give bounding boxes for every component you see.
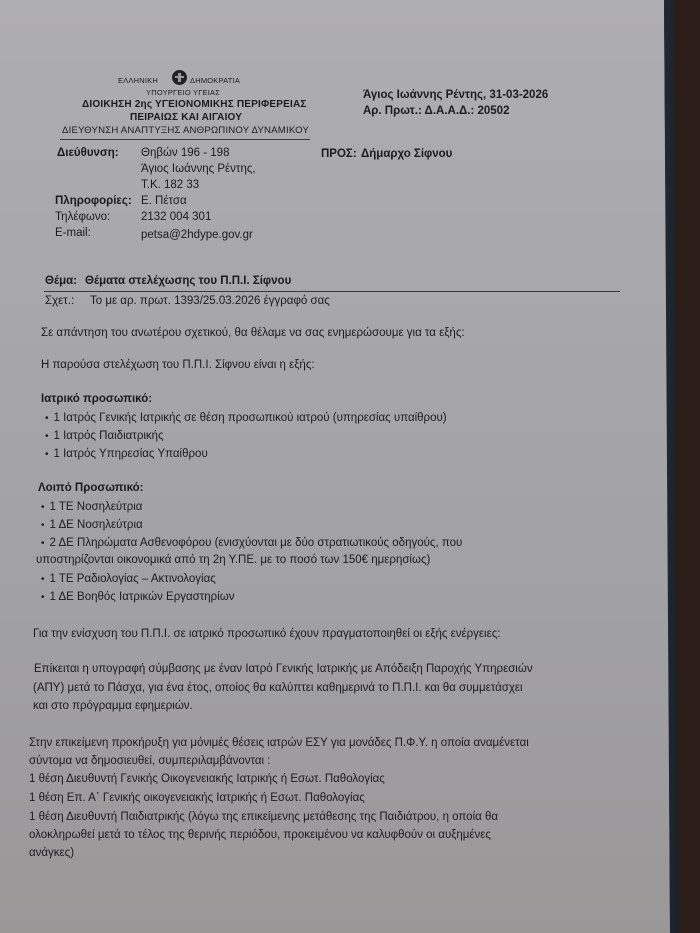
other-staff-heading: Λοιπό Προσωπικό: — [38, 482, 144, 494]
email-value: petsa@2hdype.gov.gr — [141, 229, 253, 241]
letterhead-authority: ΔΙΟΙΚΗΣΗ 2ης ΥΓΕΙΟΝΟΜΙΚΗΣ ΠΕΡΙΦΕΡΕΙΑΣ — [82, 99, 307, 110]
info-label: Πληροφορίες: — [55, 195, 132, 207]
contract-paragraph-line: Επίκειται η υπογραφή σύμβασης με έναν Ια… — [34, 660, 533, 678]
other-staff-item: 1 ΔΕ Νοσηλεύτρια — [41, 516, 143, 535]
info-value: Ε. Πέτσα — [141, 195, 187, 207]
letterhead-country-left: ΕΛΛΗΝΙΚΗ — [118, 76, 158, 85]
contract-paragraph-line: και στο πρόγραμμα εφημεριών. — [33, 697, 193, 715]
current-staffing-paragraph: Η παρούσα στελέχωση του Π.Π.Ι. Σίφνου εί… — [41, 356, 315, 374]
vacancies-paragraph-line: Στην επικείμενη προκήρυξη για μόνιμές θέ… — [29, 734, 529, 752]
phone-label: Τηλέφωνο: — [55, 211, 110, 223]
other-staff-item: 1 ΤΕ Νοσηλεύτρια — [41, 498, 142, 517]
address-line-1: Θηβών 196 - 198 — [141, 147, 229, 159]
actions-intro-paragraph: Για την ενίσχυση του Π.Π.Ι. σε ιατρικό π… — [33, 625, 500, 643]
intro-paragraph: Σε απάντηση του ανωτέρου σχετικού, θα θέ… — [41, 324, 465, 342]
address-label: Διεύθυνση: — [57, 147, 119, 159]
vacancies-paragraph-line: ανάγκες) — [29, 844, 74, 862]
letterhead-directorate: ΔΙΕΥΘΥΝΣΗ ΑΝΑΠΤΥΞΗΣ ΑΝΘΡΩΠΙΝΟΥ ΔΥΝΑΜΙΚΟΥ — [62, 125, 309, 136]
phone-value: 2132 004 301 — [141, 211, 211, 223]
protocol-number: Αρ. Πρωτ.: Δ.Α.Α.Δ.: 20502 — [363, 105, 509, 117]
address-line-3: Τ.Κ. 182 33 — [141, 179, 199, 191]
vacancies-paragraph-line: σύντομα να δημοσιευθεί, συμπεριλαμβάνοντ… — [29, 752, 270, 770]
place-date: Άγιος Ιωάννης Ρέντης, 31-03-2026 — [363, 89, 548, 101]
reference-label: Σχετ.: — [45, 295, 74, 307]
medical-staff-item: 1 Ιατρός Υπηρεσίας Υπαίθρου — [45, 445, 208, 464]
address-line-2: Άγιος Ιωάννης Ρέντης, — [141, 163, 256, 175]
reference-value: Το με αρ. πρωτ. 1393/25.03.2026 έγγραφό … — [90, 295, 330, 307]
recipient-value: Δήμαρχο Σίφνου — [361, 148, 452, 160]
greek-state-emblem-icon — [172, 70, 187, 85]
contract-paragraph-line: (ΑΠΥ) μετά το Πάσχα, για ένα έτος, οποίο… — [33, 679, 523, 697]
medical-staff-item: 1 Ιατρός Γενικής Ιατρικής σε θέση προσωπ… — [45, 409, 447, 428]
medical-staff-heading: Ιατρικό προσωπικό: — [41, 393, 152, 405]
subject-value: Θέματα στελέχωσης του Π.Π.Ι. Σίφνου — [85, 275, 291, 287]
vacancies-paragraph-line: 1 θέση Διευθυντή Γενικής Οικογενειακής Ι… — [29, 770, 385, 788]
letterhead-country-right: ΔΗΜΟΚΡΑΤΙΑ — [190, 76, 240, 85]
email-label: E-mail: — [55, 227, 91, 239]
vacancies-paragraph-line: ολοκληρωθεί μετά το τέλος της θερινής πε… — [29, 826, 491, 844]
letterhead-divider — [60, 139, 310, 140]
recipient-label: ΠΡΟΣ: — [321, 148, 357, 160]
letterhead-ministry: ΥΠΟΥΡΓΕΙΟ ΥΓΕΙΑΣ — [146, 88, 220, 97]
other-staff-item: 1 ΤΕ Ραδιολογίας – Ακτινολογίας — [41, 570, 216, 589]
medical-staff-item: 1 Ιατρός Παιδιατρικής — [45, 427, 164, 446]
subject-underline — [44, 291, 620, 292]
letterhead-authority-region: ΠΕΙΡΑΙΩΣ ΚΑΙ ΑΙΓΑΙΟΥ — [130, 112, 242, 123]
subject-label: Θέμα: — [45, 275, 77, 287]
other-staff-item-continuation: υποστηρίζονται οικονομικά από τη 2η Υ.ΠΕ… — [36, 551, 430, 569]
vacancies-paragraph-line: 1 θέση Επ. Α΄ Γενικής οικογενειακής Ιατρ… — [29, 789, 365, 807]
other-staff-item: 1 ΔΕ Βοηθός Ιατρικών Εργαστηρίων — [41, 588, 235, 607]
vacancies-paragraph-line: 1 θέση Διευθυντή Παιδιατρικής (λόγω της … — [29, 808, 498, 826]
